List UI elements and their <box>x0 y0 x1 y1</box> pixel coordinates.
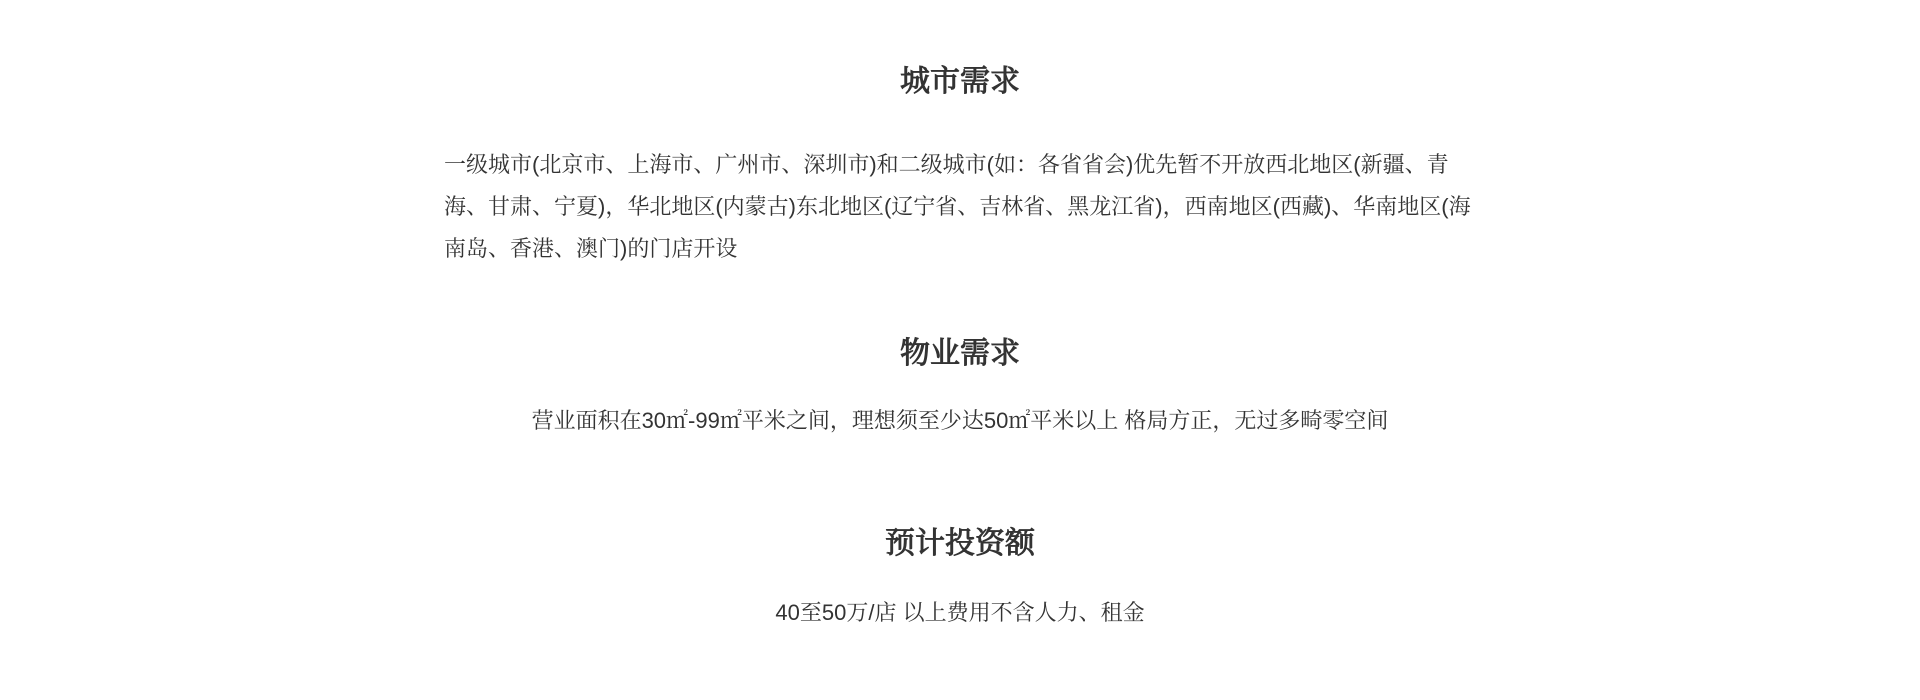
section-body-estimated-investment: 40至50万/店 以上费用不含人力、租金 <box>444 592 1476 634</box>
section-body-property-requirements: 营业面积在30㎡-99㎡平米之间，理想须至少达50㎡平米以上 格局方正，无过多畸… <box>444 400 1476 442</box>
section-title-city-requirements: 城市需求 <box>444 64 1476 100</box>
content-column: 城市需求 一级城市(北京市、上海市、广州市、深圳市)和二级城市(如：各省省会)优… <box>444 0 1476 634</box>
section-title-property-requirements: 物业需求 <box>444 336 1476 372</box>
section-estimated-investment: 预计投资额 40至50万/店 以上费用不含人力、租金 <box>444 526 1476 634</box>
section-city-requirements: 城市需求 一级城市(北京市、上海市、广州市、深圳市)和二级城市(如：各省省会)优… <box>444 64 1476 270</box>
section-body-city-requirements: 一级城市(北京市、上海市、广州市、深圳市)和二级城市(如：各省省会)优先暂不开放… <box>444 144 1476 270</box>
section-title-estimated-investment: 预计投资额 <box>444 526 1476 562</box>
page: 城市需求 一级城市(北京市、上海市、广州市、深圳市)和二级城市(如：各省省会)优… <box>0 0 1920 700</box>
section-property-requirements: 物业需求 营业面积在30㎡-99㎡平米之间，理想须至少达50㎡平米以上 格局方正… <box>444 336 1476 442</box>
